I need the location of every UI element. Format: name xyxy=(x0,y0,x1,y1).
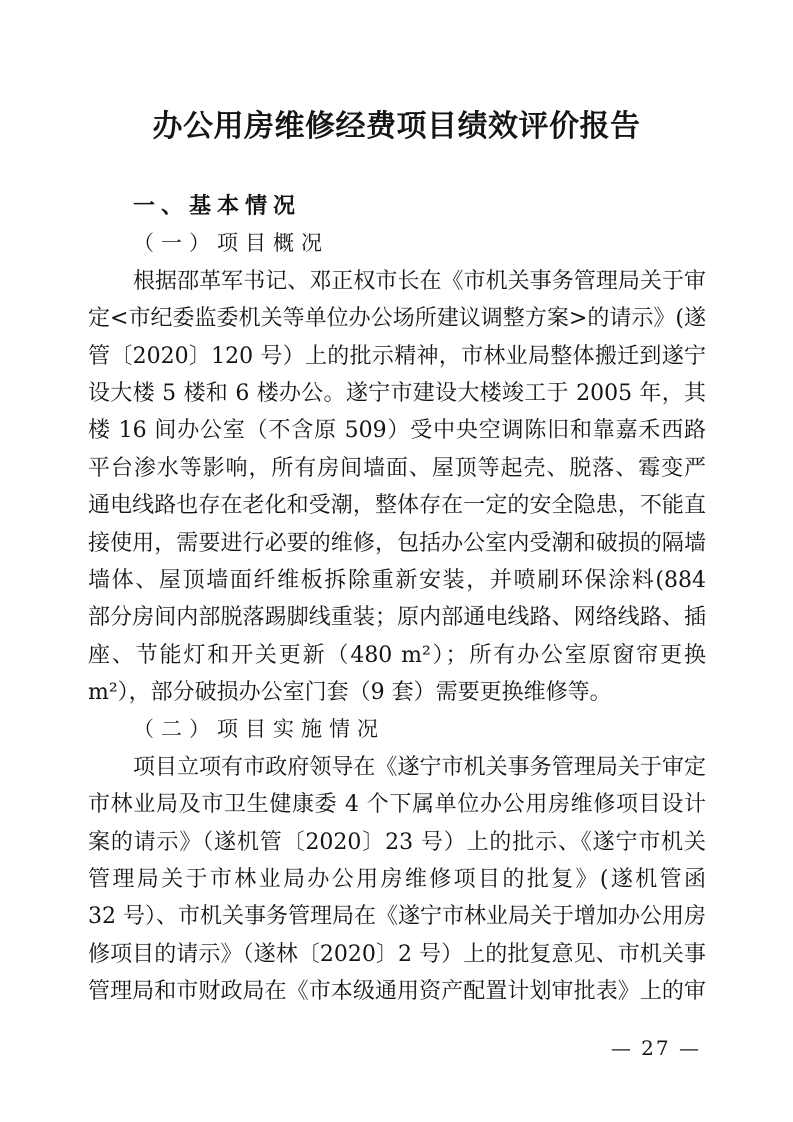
paragraph-line: 管〔2020〕120 号）上的批示精神，市林业局整体搬迁到遂宁市建 xyxy=(88,338,706,375)
paragraph-line: 市林业局及市卫生健康委 4 个下属单位办公用房维修项目设计方 xyxy=(88,786,706,823)
paragraph-line: 接使用，需要进行必要的维修，包括办公室内受潮和破损的隔墙 xyxy=(88,525,706,562)
paragraph-line: 通电线路也存在老化和受潮，整体存在一定的安全隐患，不能直 xyxy=(88,487,706,524)
subsection-heading-1: （一）项目概况 xyxy=(88,225,706,262)
paragraph-line: 墙体、屋顶墙面纤维板拆除重新安装，并喷刷环保涂料(884 m²); xyxy=(88,562,706,599)
paragraph-line: 管理局关于市林业局办公用房维修项目的批复》(遂机管函〔2020〕 xyxy=(88,861,706,898)
paragraph-line: 32 号）、市机关事务管理局在《遂宁市林业局关于增加办公用房维 xyxy=(88,898,706,935)
paragraph-line: 座、节能灯和开关更新（480 m²）；所有办公室原窗帘更换（146 xyxy=(88,637,706,674)
page-number: — 27 — xyxy=(611,1036,701,1060)
paragraph-line: 项目立项有市政府领导在《遂宁市机关事务管理局关于审定 xyxy=(88,749,706,786)
paragraph-line: m²），部分破损办公室门套（9 套）需要更换维修等。 xyxy=(88,674,706,711)
document-page: 办公用房维修经费项目绩效评价报告 一、基本情况 （一）项目概况 根据邵革军书记、… xyxy=(0,0,793,1122)
document-title: 办公用房维修经费项目绩效评价报告 xyxy=(0,101,793,145)
paragraph-line: 平台渗水等影响，所有房间墙面、屋顶等起壳、脱落、霉变严重， xyxy=(88,450,706,487)
paragraph-line: 管理局和市财政局在《市本级通用资产配置计划审批表》上的审 xyxy=(88,973,706,1010)
paragraph-line: 案的请示》（遂机管〔2020〕23 号）上的批示、《遂宁市机关事务 xyxy=(88,824,706,861)
paragraph-line: 定<市纪委监委机关等单位办公场所建议调整方案>的请示》(遂机 xyxy=(88,300,706,337)
paragraph-line: 楼 16 间办公室（不含原 509）受中央空调陈旧和靠嘉禾西路侧外 xyxy=(88,412,706,449)
document-body: 一、基本情况 （一）项目概况 根据邵革军书记、邓正权市长在《市机关事务管理局关于… xyxy=(88,188,706,1011)
paragraph-line: 设大楼 5 楼和 6 楼办公。遂宁市建设大楼竣工于 2005 年，其中 5 xyxy=(88,375,706,412)
paragraph-line: 修项目的请示》（遂林〔2020〕2 号）上的批复意见、市机关事务 xyxy=(88,936,706,973)
subsection-heading-2: （二）项目实施情况 xyxy=(88,711,706,748)
paragraph-line: 根据邵革军书记、邓正权市长在《市机关事务管理局关于审 xyxy=(88,263,706,300)
paragraph-line: 部分房间内部脱落踢脚线重装；原内部通电线路、网络线路、插 xyxy=(88,599,706,636)
section-heading-1: 一、基本情况 xyxy=(88,188,706,225)
